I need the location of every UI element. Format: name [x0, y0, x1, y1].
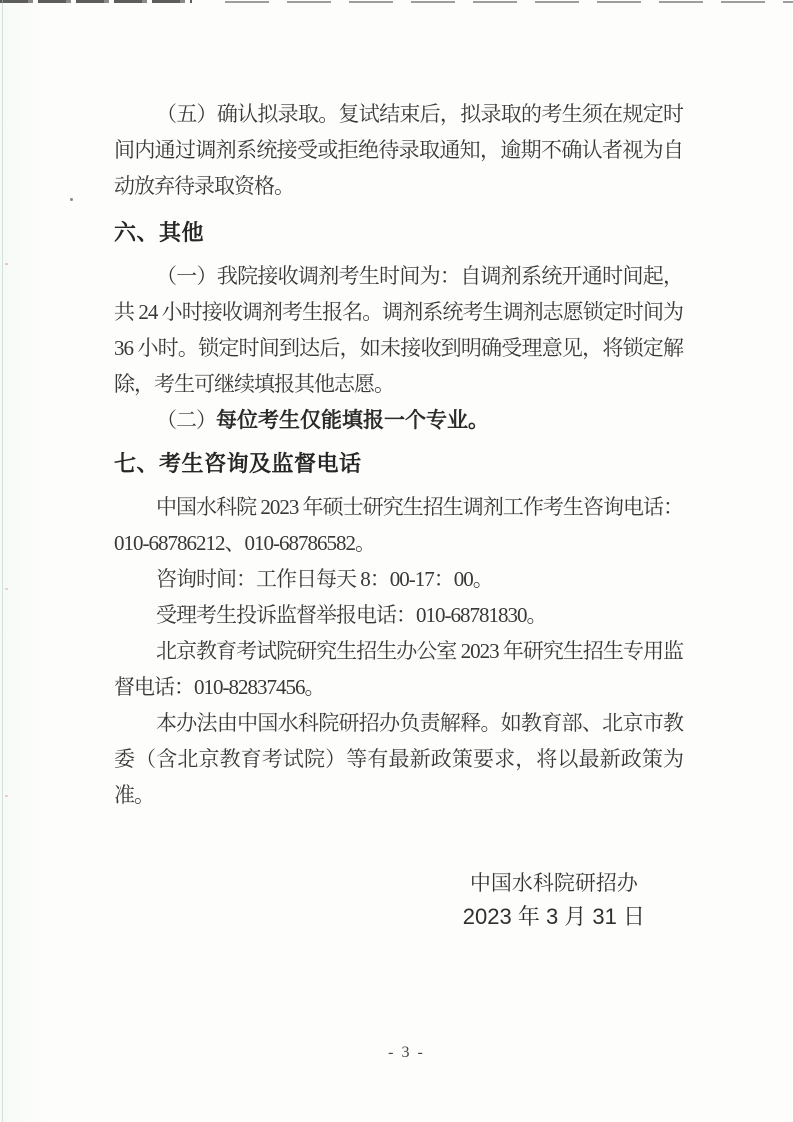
section-7-heading: 七、考生咨询及监督电话 — [114, 445, 683, 483]
paragraph-7-2-consult-hours: 咨询时间：工作日每天 8：00-17：00。 — [114, 561, 683, 597]
paragraph-7-4-supervision-phone: 北京教育考试院研究生招生办公室 2023 年研究生招生专用监督电话：010-82… — [114, 633, 683, 705]
paragraph-7-5-interpretation: 本办法由中国水科院研招办负责解释。如教育部、北京市教委（含北京教育考试院）等有最… — [114, 705, 683, 813]
section-6-heading: 六、其他 — [114, 214, 683, 252]
paragraph-7-3-complaint-phone: 受理考生投诉监督举报电话：010-68781830。 — [114, 597, 683, 633]
signature-block: 中国水科院研招办 2023 年 3 月 31 日 — [463, 866, 645, 934]
signature-organization: 中国水科院研招办 — [463, 866, 645, 900]
paragraph-6-1-transfer-time: （一）我院接收调剂考生时间为：自调剂系统开通时间起，共 24 小时接收调剂考生报… — [114, 258, 683, 402]
page-number: - 3 - — [20, 1044, 793, 1062]
document-body: （五）确认拟录取。复试结束后，拟录取的考生须在规定时间内通过调剂系统接受或拒绝待… — [114, 0, 683, 813]
paragraph-7-1-consult-phone: 中国水科院 2023 年硕士研究生招生调剂工作考生咨询电话：010-687862… — [114, 489, 683, 561]
paragraph-5-confirm-admission: （五）确认拟录取。复试结束后，拟录取的考生须在规定时间内通过调剂系统接受或拒绝待… — [114, 96, 683, 204]
signature-date: 2023 年 3 月 31 日 — [463, 900, 645, 934]
paragraph-6-2-prefix: （二） — [156, 408, 216, 432]
scan-artifact-left-edge-line — [2, 0, 3, 1122]
scan-speck-pink — [5, 795, 8, 797]
scan-speck-pink — [5, 588, 8, 590]
paragraph-6-2-one-major: （二）每位考生仅能填报一个专业。 — [114, 402, 683, 439]
scan-speck-pink — [5, 263, 8, 265]
scanned-document-page: （五）确认拟录取。复试结束后，拟录取的考生须在规定时间内通过调剂系统接受或拒绝待… — [0, 0, 793, 1122]
scan-speck — [70, 198, 73, 201]
paragraph-6-2-emphasis: 每位考生仅能填报一个专业。 — [216, 409, 489, 432]
